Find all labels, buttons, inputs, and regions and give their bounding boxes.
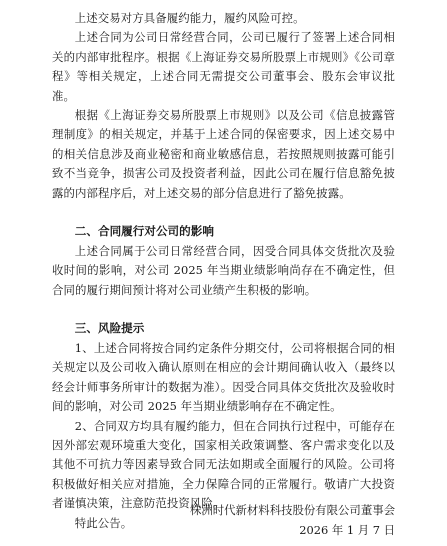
document-body: 上述交易对方具备履约能力，履约风险可控。 上述合同为公司日常经营合同，公司已履行… [52, 9, 395, 533]
paragraph-risk-2: 2、合同双方均具有履约能力，但在合同执行过程中，可能存在因外部宏观环境重大变化，… [52, 417, 395, 514]
section-heading-impact: 二、合同履行对公司的影响 [52, 222, 395, 241]
section-heading-risk: 三、风险提示 [52, 319, 395, 338]
spacer [52, 300, 395, 319]
signature-company: 株洲时代新材料科技股份有限公司董事会 [190, 500, 395, 520]
paragraph-counterparty-capability: 上述交易对方具备履约能力，履约风险可控。 [52, 9, 395, 28]
paragraph-impact: 上述合同属于公司日常经营合同，因受合同具体交货批次及验收时间的影响，对公司 20… [52, 242, 395, 300]
paragraph-disclosure-exemption: 根据《上海证券交易所股票上市规则》以及公司《信息披露管理制度》的相关规定，并基于… [52, 106, 395, 203]
signature-date: 2026 年 1 月 7 日 [299, 520, 395, 540]
paragraph-risk-1: 1、上述合同将按合同约定条件分期交付，公司将根据合同的相关规定以及公司收入确认原… [52, 339, 395, 417]
spacer [52, 203, 395, 222]
paragraph-approval-procedure: 上述合同为公司日常经营合同，公司已履行了签署上述合同相关的内部审批程序。根据《上… [52, 28, 395, 106]
